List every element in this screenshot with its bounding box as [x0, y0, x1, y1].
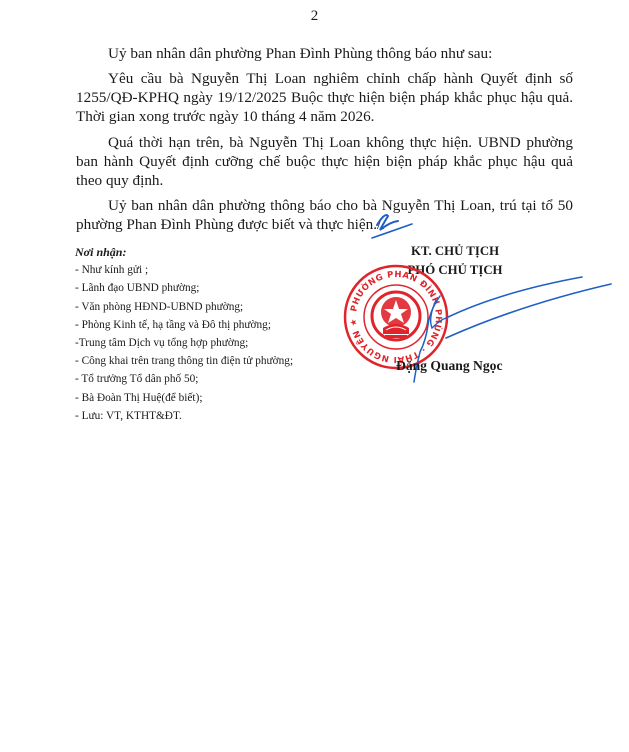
recipient-item: - Công khai trên trang thông tin điện tử…	[75, 352, 293, 370]
recipient-item: - Như kính gửi ;	[75, 261, 293, 279]
paragraph-text: Quá thời hạn trên, bà Nguyễn Thị Loan kh…	[76, 133, 573, 190]
recipient-item: - Văn phòng HĐND-UBND phường;	[75, 298, 293, 316]
paragraph-text: Uỷ ban nhân dân phường thông báo cho bà …	[76, 196, 573, 234]
recipients-heading: Nơi nhận:	[75, 243, 293, 261]
paragraph-consequence: Quá thời hạn trên, bà Nguyễn Thị Loan kh…	[76, 133, 573, 190]
recipient-item: - Phòng Kinh tế, hạ tầng và Đô thị phườn…	[75, 316, 293, 334]
paragraph-intro: Uỷ ban nhân dân phường Phan Đình Phùng t…	[76, 44, 573, 63]
recipient-item: - Tổ trưởng Tổ dân phố 50;	[75, 370, 293, 388]
recipient-item: - Bà Đoàn Thị Huệ(để biết);	[75, 389, 293, 407]
signature-title-line1: KT. CHỦ TỊCH	[370, 242, 540, 261]
recipient-item: - Lưu: VT, KTHT&ĐT.	[75, 407, 293, 425]
recipient-item: -Trung tâm Dịch vụ tổng hợp phường;	[75, 334, 293, 352]
official-stamp-icon: PHƯỜNG PHAN ĐÌNH PHÙNG · THÁI NGUYÊN ★ U…	[343, 264, 449, 370]
page-number: 2	[0, 8, 629, 25]
recipients-list: Nơi nhận: - Như kính gửi ; - Lãnh đạo UB…	[75, 243, 293, 425]
paragraph-text: Yêu cầu bà Nguyễn Thị Loan nghiêm chỉnh …	[76, 69, 573, 126]
paragraph-request: Yêu cầu bà Nguyễn Thị Loan nghiêm chỉnh …	[76, 69, 573, 126]
paragraph-text: Uỷ ban nhân dân phường Phan Đình Phùng t…	[76, 44, 573, 63]
signer-name: Đặng Quang Ngọc	[396, 358, 503, 374]
paragraph-notification: Uỷ ban nhân dân phường thông báo cho bà …	[76, 196, 573, 234]
recipient-item: - Lãnh đạo UBND phường;	[75, 279, 293, 297]
